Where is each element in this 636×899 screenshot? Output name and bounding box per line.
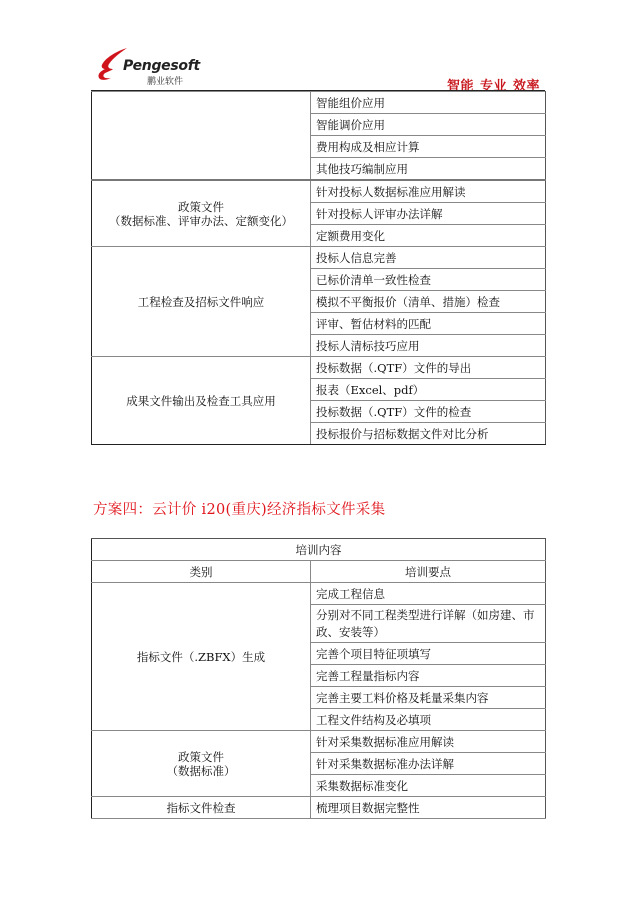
category-cell: 指标文件（.ZBFX）生成 (92, 583, 311, 731)
table-row: 成果文件输出及检查工具应用 投标数据（.QTF）文件的导出 (92, 357, 546, 379)
table-row: 智能组价应用 (92, 92, 546, 114)
logo-text-cn: 鹏业软件 (147, 74, 183, 87)
point-cell: 完善个项目特征项填写 (311, 643, 546, 665)
point-cell: 分别对不同工程类型进行详解（如房建、市政、安装等） (311, 605, 546, 643)
category-line: 政策文件 (97, 750, 305, 764)
table-caption-row: 培训内容 (92, 539, 546, 561)
category-line: （数据标准） (97, 764, 305, 778)
category-cell: 指标文件检查 (92, 797, 311, 819)
category-cell: 工程检查及招标文件响应 (92, 247, 311, 357)
category-line: （数据标准、评审办法、定额变化） (97, 214, 305, 228)
point-cell: 投标报价与招标数据文件对比分析 (311, 423, 546, 445)
point-cell: 梳理项目数据完整性 (311, 797, 546, 819)
category-cell: 政策文件 （数据标准、评审办法、定额变化） (92, 180, 311, 247)
point-cell: 费用构成及相应计算 (311, 136, 546, 158)
category-cell (92, 92, 311, 181)
logo-text-en: Pengesoft (123, 58, 200, 74)
point-cell: 投标人信息完善 (311, 247, 546, 269)
point-cell: 完成工程信息 (311, 583, 546, 605)
point-cell: 评审、暂估材料的匹配 (311, 313, 546, 335)
category-cell: 成果文件输出及检查工具应用 (92, 357, 311, 445)
column-header: 培训要点 (311, 561, 546, 583)
point-cell: 完善主要工料价格及耗量采集内容 (311, 687, 546, 709)
section-title: 方案四：云计价 i20(重庆)经济指标文件采集 (93, 498, 385, 519)
table-row: 工程检查及招标文件响应 投标人信息完善 (92, 247, 546, 269)
point-cell: 投标数据（.QTF）文件的导出 (311, 357, 546, 379)
point-cell: 模拟不平衡报价（清单、措施）检查 (311, 291, 546, 313)
training-table-2: 培训内容 类别 培训要点 指标文件（.ZBFX）生成 完成工程信息 分别对不同工… (91, 538, 546, 819)
point-cell: 针对采集数据标准办法详解 (311, 753, 546, 775)
point-cell: 定额费用变化 (311, 225, 546, 247)
point-cell: 完善工程量指标内容 (311, 665, 546, 687)
category-line: 政策文件 (97, 200, 305, 214)
table-header-row: 类别 培训要点 (92, 561, 546, 583)
point-cell: 针对采集数据标准应用解读 (311, 731, 546, 753)
point-cell: 智能组价应用 (311, 92, 546, 114)
point-cell: 智能调价应用 (311, 114, 546, 136)
table-row: 政策文件 （数据标准、评审办法、定额变化） 针对投标人数据标准应用解读 (92, 180, 546, 203)
point-cell: 针对投标人数据标准应用解读 (311, 180, 546, 203)
table-caption: 培训内容 (92, 539, 546, 561)
table-row: 政策文件 （数据标准） 针对采集数据标准应用解读 (92, 731, 546, 753)
point-cell: 其他技巧编制应用 (311, 158, 546, 181)
training-table-1: 智能组价应用 智能调价应用 费用构成及相应计算 其他技巧编制应用 政策文件 （数… (91, 91, 546, 445)
point-cell: 采集数据标准变化 (311, 775, 546, 797)
point-cell: 投标数据（.QTF）文件的检查 (311, 401, 546, 423)
point-cell: 工程文件结构及必填项 (311, 709, 546, 731)
point-cell: 报表（Excel、pdf） (311, 379, 546, 401)
column-header: 类别 (92, 561, 311, 583)
table-row: 指标文件（.ZBFX）生成 完成工程信息 (92, 583, 546, 605)
category-cell: 政策文件 （数据标准） (92, 731, 311, 797)
point-cell: 投标人清标技巧应用 (311, 335, 546, 357)
point-cell: 针对投标人评审办法详解 (311, 203, 546, 225)
table-row: 指标文件检查 梳理项目数据完整性 (92, 797, 546, 819)
point-cell: 已标价清单一致性检查 (311, 269, 546, 291)
pengesoft-logo: Pengesoft 鹏业软件 (95, 47, 195, 87)
